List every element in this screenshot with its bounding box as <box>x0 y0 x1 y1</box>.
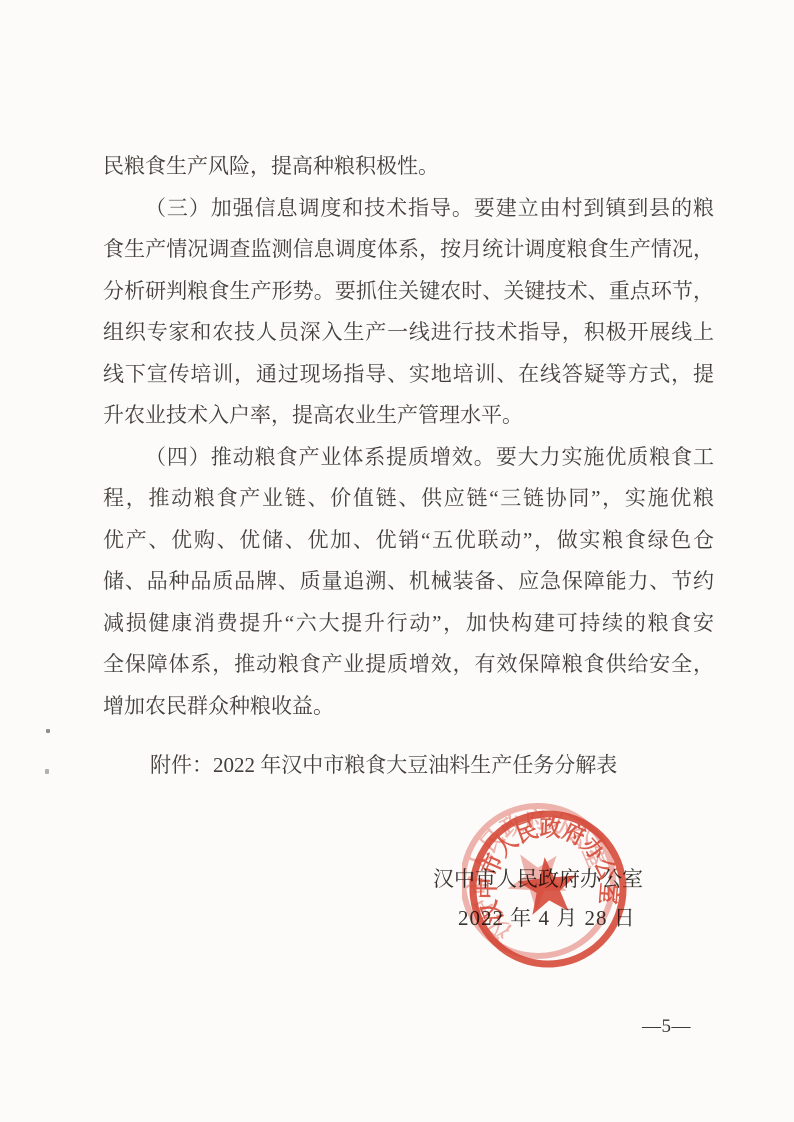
document-page: 民粮食生产风险，提高种粮积极性。 （三）加强信息调度和技术指导。要建立由村到镇到… <box>0 0 794 1122</box>
body-line: 组织专家和农技人员深入生产一线进行技术指导，积极开展线上 <box>103 312 714 354</box>
body-line: 线下宣传培训，通过现场指导、实地培训、在线答疑等方式，提 <box>103 354 714 396</box>
attachment-line: 附件：2022 年汉中市粮食大豆油料生产任务分解表 <box>103 745 714 787</box>
signature-office: 汉中市人民政府办公室 <box>433 867 643 891</box>
body-line: （四）推动粮食产业体系提质增效。要大力实施优质粮食工 <box>103 437 714 479</box>
body-line: 民粮食生产风险，提高种粮积极性。 <box>103 146 714 188</box>
scan-speck <box>45 769 49 774</box>
body-line: 食生产情况调查监测信息调度体系，按月统计调度粮食生产情况， <box>103 229 714 271</box>
body-line: 储、品种品质品牌、质量追溯、机械装备、应急保障能力、节约 <box>103 561 714 603</box>
signature-date: 2022 年 4 月 28 日 <box>458 906 636 930</box>
body-line: 升农业技术入户率，提高农业生产管理水平。 <box>103 395 714 437</box>
body-line: 全保障体系，推动粮食产业提质增效，有效保障粮食供给安全， <box>103 644 714 686</box>
scan-speck <box>46 729 50 733</box>
body-line: 程，推动粮食产业链、价值链、供应链“三链协同”，实施优粮 <box>103 478 714 520</box>
body-text: 民粮食生产风险，提高种粮积极性。 （三）加强信息调度和技术指导。要建立由村到镇到… <box>103 146 714 787</box>
body-line: 增加农民群众种粮收益。 <box>103 686 714 728</box>
body-line: （三）加强信息调度和技术指导。要建立由村到镇到县的粮 <box>103 188 714 230</box>
body-line: 减损健康消费提升“六大提升行动”，加快构建可持续的粮食安 <box>103 603 714 645</box>
body-line: 分析研判粮食生产形势。要抓住关键农时、关键技术、重点环节， <box>103 271 714 313</box>
body-line: 优产、优购、优储、优加、优销“五优联动”，做实粮食绿色仓 <box>103 520 714 562</box>
page-number: —5— <box>642 1016 691 1038</box>
